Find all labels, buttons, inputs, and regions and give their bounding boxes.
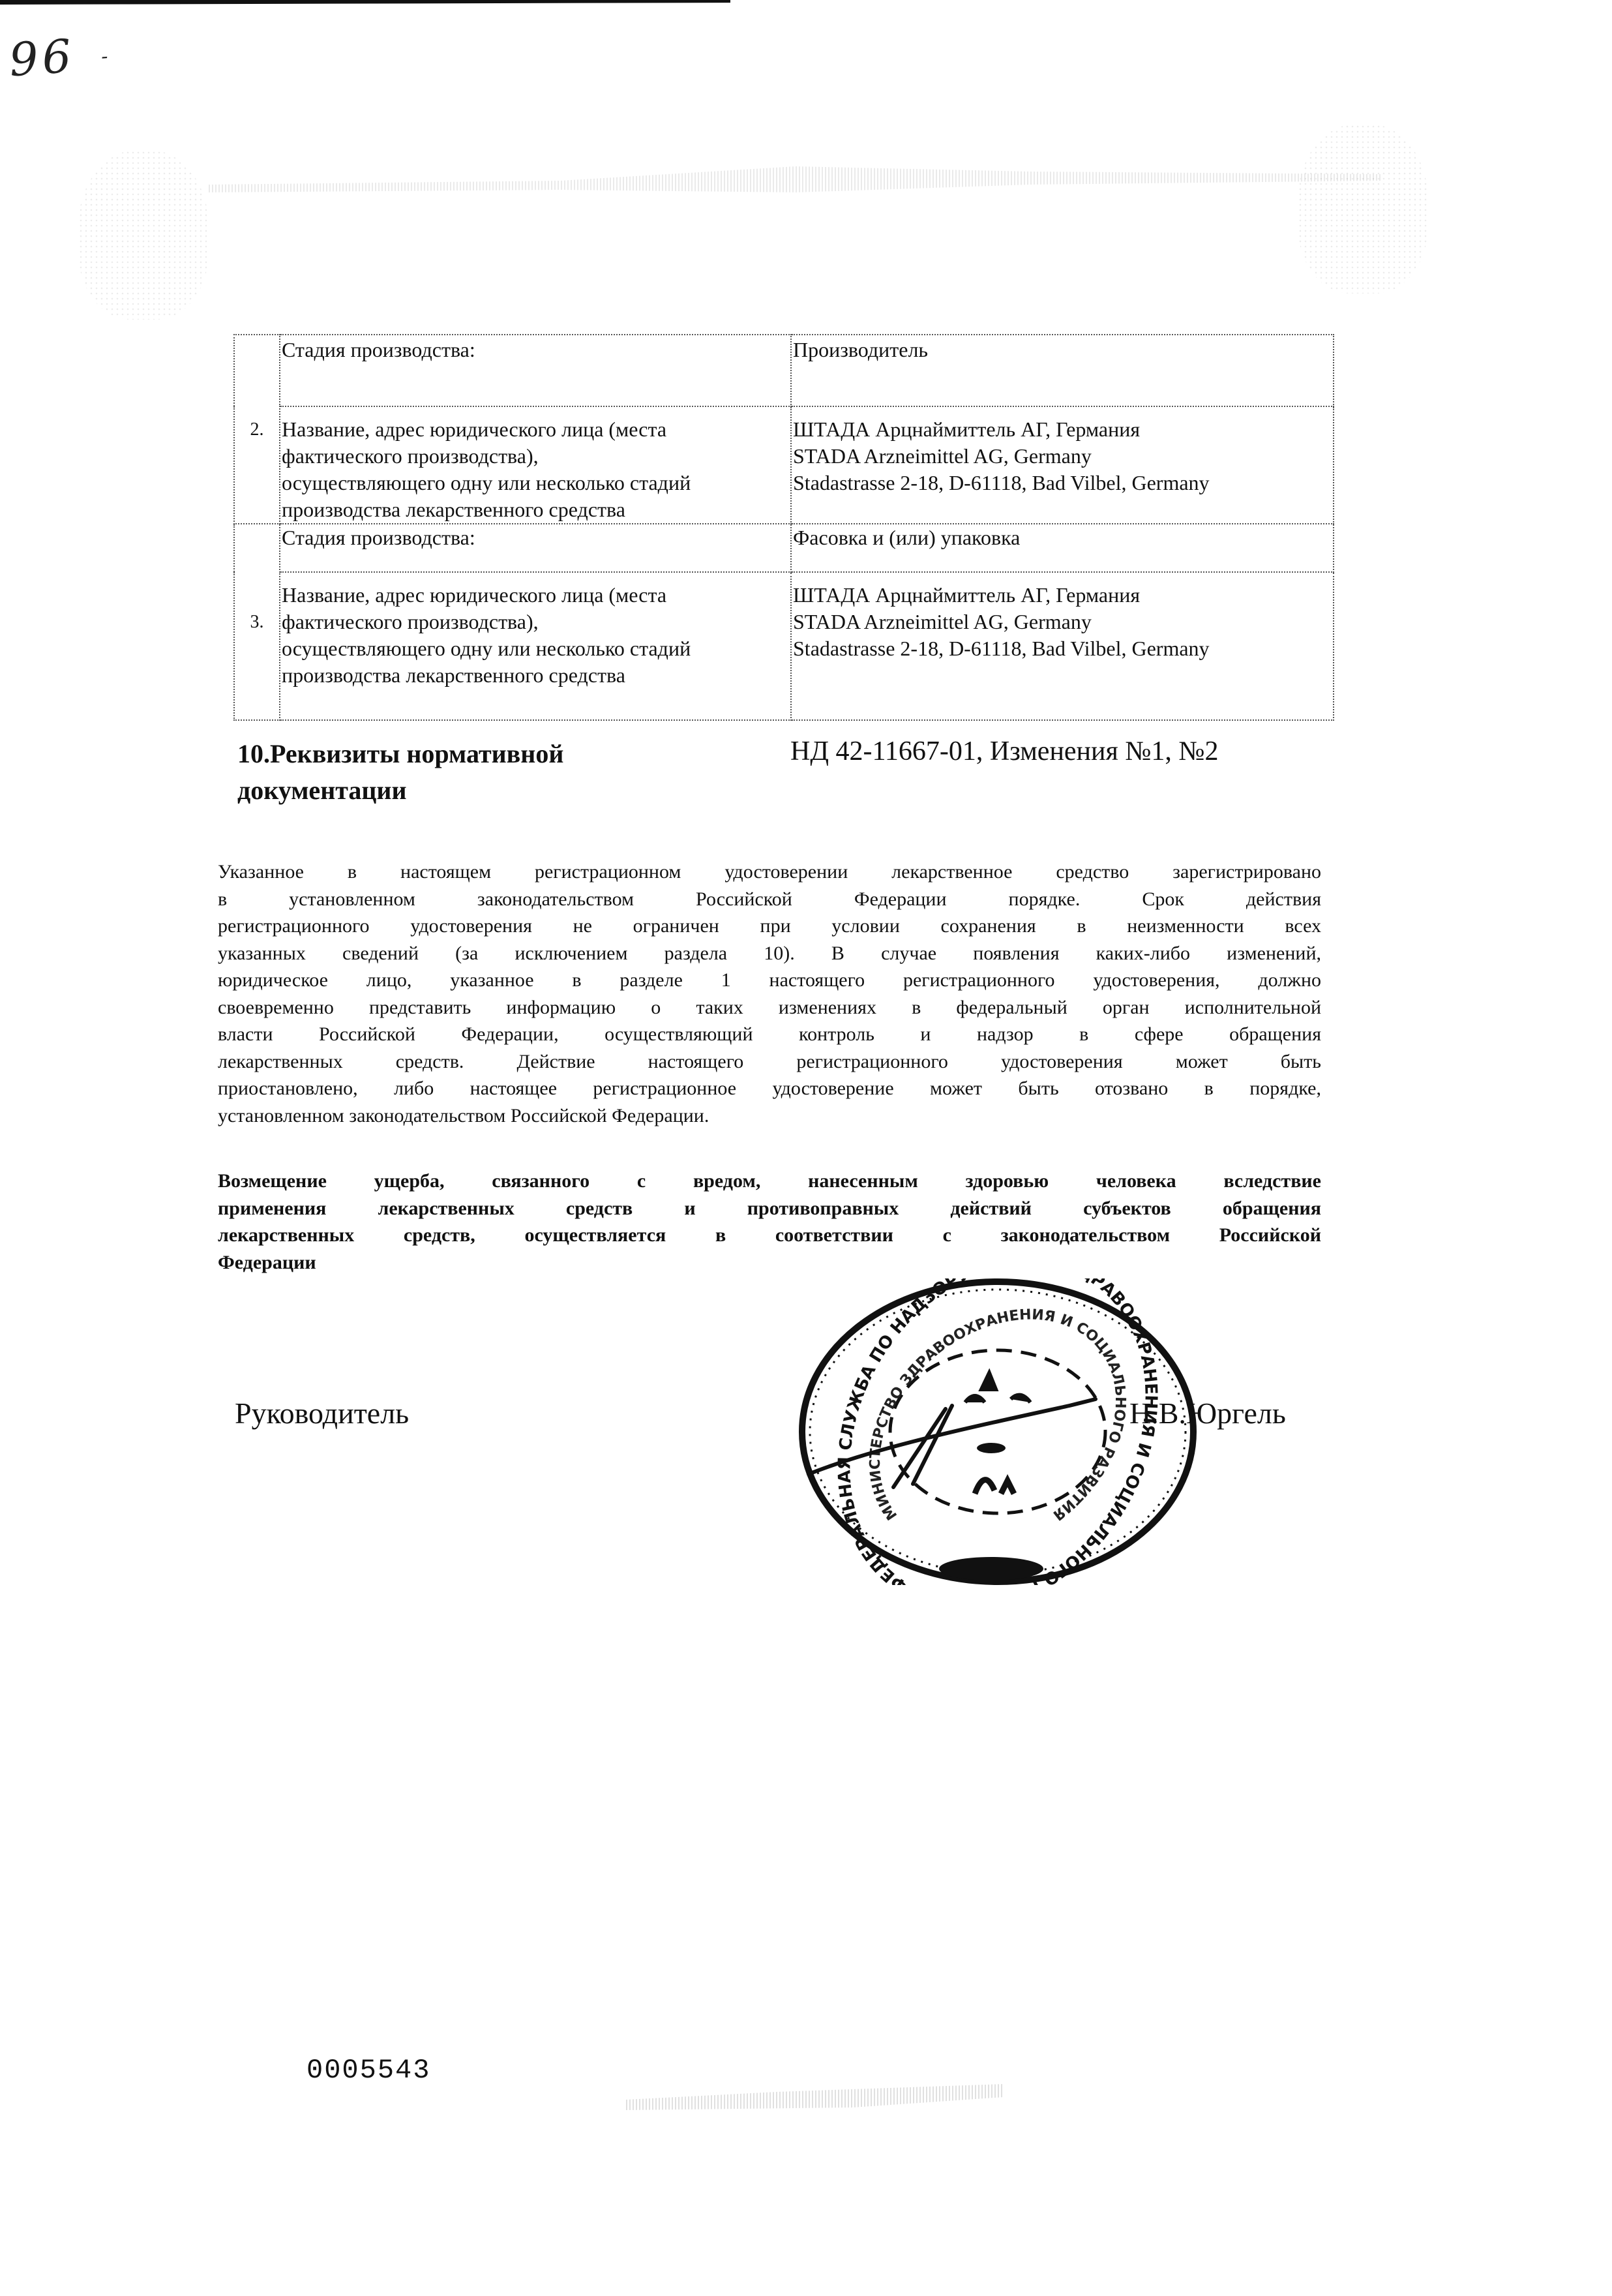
manufacturer-address: ШТАДА Арцнаймиттель АГ, Германия STADA A… xyxy=(791,572,1334,720)
value-line: ШТАДА Арцнаймиттель АГ, Германия xyxy=(793,416,1332,443)
paragraph-line: лекарственных средств. Действие настояще… xyxy=(218,1048,1321,1076)
stage-label: Стадия производства: xyxy=(280,335,791,406)
watermark-band-top xyxy=(209,166,1382,192)
paragraph-line: своевременно представить информацию о та… xyxy=(218,994,1321,1021)
row-number: 3. xyxy=(234,524,280,720)
paragraph-line: Федерации xyxy=(218,1249,1321,1276)
signer-name: Н.В.Юргель xyxy=(1129,1396,1286,1430)
name-address-label: Название, адрес юридического лица (места… xyxy=(280,572,791,720)
label-line: производства лекарственного средства xyxy=(282,496,789,523)
label-line: осуществляющего одну или несколько стади… xyxy=(282,635,789,662)
table-row-stage: 3. Стадия производства: Фасовка и (или) … xyxy=(234,524,1334,572)
paragraph-line: применения лекарственных средств и проти… xyxy=(218,1195,1321,1222)
paragraph-line: регистрационного удостоверения не ограни… xyxy=(218,913,1321,940)
handwritten-mark: - xyxy=(100,45,113,68)
compensation-paragraph: Возмещение ущерба, связанного с вредом, … xyxy=(218,1168,1321,1276)
table-row-name: Название, адрес юридического лица (места… xyxy=(234,572,1334,720)
watermark-band-bottom xyxy=(626,2084,1004,2110)
paragraph-line: юридическое лицо, указанное в разделе 1 … xyxy=(218,967,1321,994)
label-line: Название, адрес юридического лица (места xyxy=(282,416,789,443)
scan-edge-line xyxy=(0,0,730,5)
name-address-label: Название, адрес юридического лица (места… xyxy=(280,406,791,524)
value-line: Stadastrasse 2-18, D-61118, Bad Vilbel, … xyxy=(793,635,1332,662)
table-row-name: Название, адрес юридического лица (места… xyxy=(234,406,1334,524)
label-line: Название, адрес юридического лица (места xyxy=(282,582,789,609)
normative-document-reference: НД 42-11667-01, Изменения №1, №2 xyxy=(790,733,1218,770)
paragraph-line: установленном законодательством Российск… xyxy=(218,1102,1321,1130)
watermark-emblem-icon xyxy=(78,150,209,320)
stage-value: Фасовка и (или) упаковка xyxy=(791,524,1334,572)
row-number: 2. xyxy=(234,335,280,524)
page-number-text: 96 xyxy=(7,29,77,87)
paragraph-line: лекарственных средств, осуществляется в … xyxy=(218,1222,1321,1249)
label-line: производства лекарственного средства xyxy=(282,662,789,689)
value-line: ШТАДА Арцнаймиттель АГ, Германия xyxy=(793,582,1332,609)
paragraph-line: приостановлено, либо настоящее регистрац… xyxy=(218,1075,1321,1102)
stage-label: Стадия производства: xyxy=(280,524,791,572)
registration-notice-paragraph: Указанное в настоящем регистрационном уд… xyxy=(218,858,1321,1129)
section-title-line: 10.Реквизиты нормативной xyxy=(237,736,655,772)
stage-value: Производитель xyxy=(791,335,1334,406)
label-line: осуществляющего одну или несколько стади… xyxy=(282,470,789,496)
table-row-stage: 2. Стадия производства: Производитель xyxy=(234,335,1334,406)
watermark-emblem-icon xyxy=(1298,124,1428,294)
section-title-line: документации xyxy=(237,772,655,809)
manufacturer-address: ШТАДА Арцнаймиттель АГ, Германия STADA A… xyxy=(791,406,1334,524)
value-line: STADA Arzneimittel AG, Germany xyxy=(793,609,1332,635)
value-line: STADA Arzneimittel AG, Germany xyxy=(793,443,1332,470)
official-seal-stamp-icon: ФЕДЕРАЛЬНАЯ СЛУЖБА ПО НАДЗОРУ В СФЕРЕ ЗД… xyxy=(796,1278,1200,1585)
section-10-title: 10.Реквизиты нормативной документации xyxy=(237,736,655,809)
value-line: Stadastrasse 2-18, D-61118, Bad Vilbel, … xyxy=(793,470,1332,496)
paragraph-line: указанных сведений (за исключением разде… xyxy=(218,940,1321,967)
paragraph-line: в установленном законодательством Россий… xyxy=(218,886,1321,913)
label-line: фактического производства), xyxy=(282,443,789,470)
signer-title: Руководитель xyxy=(235,1396,409,1430)
handwritten-page-number: 96- xyxy=(7,27,113,87)
paragraph-line: Указанное в настоящем регистрационном уд… xyxy=(218,858,1321,886)
label-line: фактического производства), xyxy=(282,609,789,635)
form-serial-number: 0005543 xyxy=(306,2055,430,2086)
manufacturing-stages-table: 2. Стадия производства: Производитель На… xyxy=(233,334,1334,721)
paragraph-line: власти Российской Федерации, осуществляю… xyxy=(218,1021,1321,1048)
paragraph-line: Возмещение ущерба, связанного с вредом, … xyxy=(218,1168,1321,1195)
